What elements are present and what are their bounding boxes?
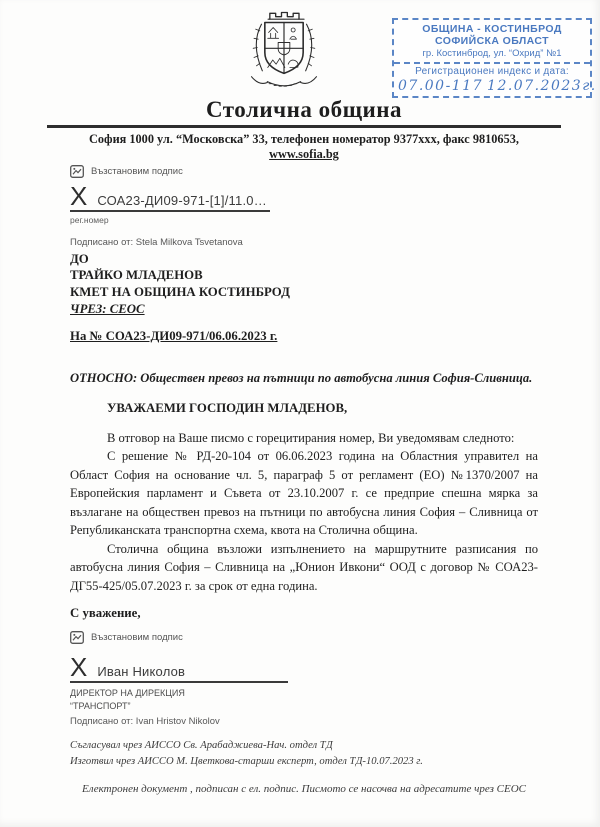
signer-position-2: “ТРАНСПОРТ” (70, 700, 538, 713)
recipient-via: ЧРЕЗ: СЕОС (70, 301, 538, 317)
signer-name: Иван Николов (97, 664, 185, 679)
signature-image-icon (70, 165, 84, 178)
electronic-document-note: Електронен документ , подписан с ел. под… (70, 783, 538, 795)
stamp-municipality: ОБЩИНА - КОСТИНБРОД (396, 23, 588, 35)
subject-line: ОТНОСНО: Обществен превоз на пътници по … (70, 371, 538, 386)
stamp-address: гр. Костинброд, ул. “Охрид” №1 (396, 48, 588, 59)
restorable-signature-row-2: Възстановим подпис (70, 631, 538, 644)
recipient-to: ДО (70, 251, 538, 267)
header-website: www.sofia.bg (70, 147, 538, 162)
signed-by-line-1: Подписано от: Stela Milkova Tsvetanova (70, 237, 538, 248)
signed-by-line-2: Подписано от: Ivan Hristov Nikolov (70, 715, 538, 729)
recipient-title: КМЕТ НА ОБЩИНА КОСТИНБРОД (70, 284, 538, 300)
prepared-by-note: Изготвил чрез АИССО М. Цветкова-старши е… (70, 754, 538, 770)
signer-captions: ДИРЕКТОР НА ДИРЕКЦИЯ “ТРАНСПОРТ” Подписа… (70, 687, 538, 729)
signature-image-icon (70, 631, 84, 644)
restorable-signature-label: Възстановим подпис (91, 166, 183, 177)
handwritten-reg-index: 07.00-117 (398, 78, 483, 94)
body-paragraph-1: В отговор на Ваше писмо с горецитирания … (70, 429, 538, 448)
closing-phrase: С уважение, (70, 606, 538, 621)
header-address: София 1000 ул. “Московска” 33, телефонен… (70, 132, 538, 147)
stamp-handwritten-row: 07.00-117 12.07.2023г. (396, 77, 588, 94)
registration-number: СОА23-ДИ09-971-[1]/11.0… (97, 193, 267, 208)
salutation: УВАЖАЕМИ ГОСПОДИН МЛАДЕНОВ, (70, 401, 538, 416)
header-rule (47, 125, 561, 128)
scanned-letter-page: ОБЩИНА - КОСТИНБРОД СОФИЙСКА ОБЛАСТ гр. … (0, 0, 600, 827)
stamp-index-label: Регистрационен индекс и дата: (396, 66, 588, 77)
reference-number-line: На № СОА23-ДИ09-971/06.06.2023 г. (70, 329, 538, 344)
recipient-name: ТРАЙКО МЛАДЕНОВ (70, 267, 538, 283)
agreed-by-note: Съгласувал чрез АИССО Св. Арабаджиева-На… (70, 738, 538, 754)
stamp-region: СОФИЙСКА ОБЛАСТ (396, 35, 588, 47)
signer-position-1: ДИРЕКТОР НА ДИРЕКЦИЯ (70, 687, 538, 700)
body-paragraph-2: С решение № РД-20-104 от 06.06.2023 годи… (70, 447, 538, 540)
body-paragraph-3: Столична община възложи изпълнението на … (70, 540, 538, 596)
reg-number-caption: рег.номер (70, 215, 538, 225)
recipient-block: ДО ТРАЙКО МЛАДЕНОВ КМЕТ НА ОБЩИНА КОСТИН… (70, 251, 538, 318)
signature-x-mark: X (70, 183, 87, 209)
signature-x-mark: X (70, 654, 87, 680)
handwritten-date: 12.07.2023г. (487, 78, 597, 94)
signature-line-2: X Иван Николов (70, 654, 288, 683)
restorable-signature-label: Възстановим подпис (91, 632, 183, 643)
stamp-divider (394, 62, 590, 64)
restorable-signature-row-1: Възстановим подпис (70, 165, 538, 178)
registration-stamp: ОБЩИНА - КОСТИНБРОД СОФИЙСКА ОБЛАСТ гр. … (392, 18, 592, 98)
organization-title: Столична община (70, 97, 538, 123)
signature-line-1: X СОА23-ДИ09-971-[1]/11.0… (70, 183, 270, 212)
clerical-notes: Съгласувал чрез АИССО Св. Арабаджиева-На… (70, 738, 538, 770)
